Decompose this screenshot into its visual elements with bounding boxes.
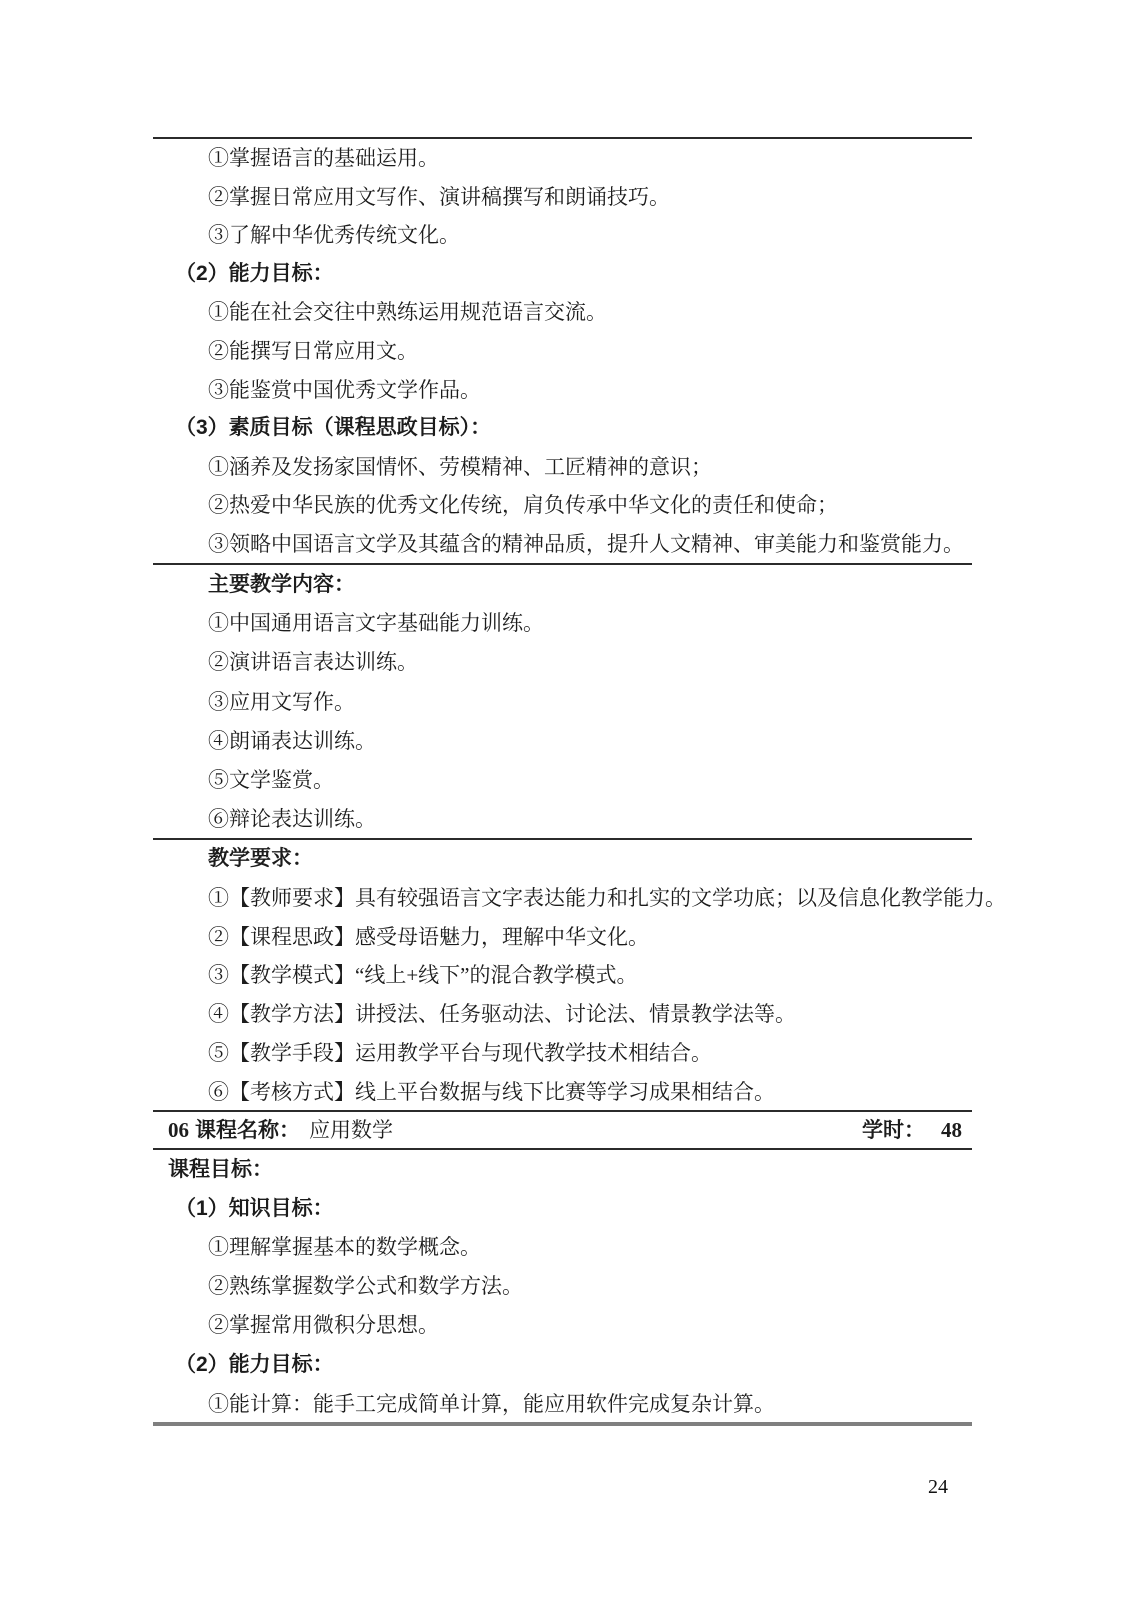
objective-item: ①涵养及发扬家国情怀、劳模精神、工匠精神的意识； [153, 448, 972, 487]
objective-item: ①理解掌握基本的数学概念。 [153, 1228, 972, 1267]
content-item: ②演讲语言表达训练。 [153, 643, 972, 682]
course-hours: 学时： 48 [862, 1112, 972, 1149]
hours-label: 学时： [862, 1113, 925, 1149]
requirement-item: ⑥【考核方式】线上平台数据与线下比赛等学习成果相结合。 [153, 1073, 972, 1112]
course06-header-row: 06 课程名称： 应用数学 学时： 48 [153, 1110, 972, 1148]
content-item: ⑤文学鉴赏。 [153, 761, 972, 800]
requirement-item: ②【课程思政】感受母语魅力，理解中华文化。 [153, 918, 972, 957]
course05-teaching-requirements-cell: 教学要求： ①【教师要求】具有较强语言文字表达能力和扎实的文学功底；以及信息化教… [153, 838, 972, 1110]
section-heading: 课程目标： [153, 1150, 972, 1189]
course06-objectives-cell: 课程目标： （1）知识目标： ①理解掌握基本的数学概念。 ②熟练掌握数学公式和数… [153, 1148, 972, 1422]
objective-item: ②掌握常用微积分思想。 [153, 1306, 972, 1345]
objective-heading: （2）能力目标： [153, 1345, 972, 1384]
page-number: 24 [928, 1476, 948, 1499]
content-item: ⑥辩论表达训练。 [153, 800, 972, 839]
table-bottom-border [153, 1422, 972, 1426]
requirement-item: ④【教学方法】讲授法、任务驱动法、讨论法、情景教学法等。 [153, 995, 972, 1034]
course-name-label: 课程名称： [195, 1113, 300, 1149]
requirement-item: ③【教学模式】“线上+线下”的混合教学模式。 [153, 956, 972, 995]
objective-heading: （3）素质目标（课程思政目标）： [153, 409, 972, 448]
objective-item: ②能撰写日常应用文。 [153, 332, 972, 371]
objective-item: ②掌握日常应用文写作、演讲稿撰写和朗诵技巧。 [153, 178, 972, 217]
section-heading: 主要教学内容： [153, 565, 972, 604]
content-item: ①中国通用语言文字基础能力训练。 [153, 604, 972, 643]
objective-item: ①掌握语言的基础运用。 [153, 139, 972, 178]
document-page: ①掌握语言的基础运用。 ②掌握日常应用文写作、演讲稿撰写和朗诵技巧。 ③了解中华… [0, 0, 1131, 1600]
requirement-item: ①【教师要求】具有较强语言文字表达能力和扎实的文学功底；以及信息化教学能力。 [153, 879, 972, 918]
course05-objectives-continued-cell: ①掌握语言的基础运用。 ②掌握日常应用文写作、演讲稿撰写和朗诵技巧。 ③了解中华… [153, 137, 972, 563]
objective-item: ①能在社会交往中熟练运用规范语言交流。 [153, 293, 972, 332]
objective-heading: （2）能力目标： [153, 255, 972, 294]
hours-value: 48 [941, 1112, 962, 1148]
section-heading: 教学要求： [153, 840, 972, 879]
course-number: 06 [168, 1112, 189, 1148]
requirement-item: ⑤【教学手段】运用教学平台与现代教学技术相结合。 [153, 1034, 972, 1073]
objective-item: ③了解中华优秀传统文化。 [153, 216, 972, 255]
course05-teaching-content-cell: 主要教学内容： ①中国通用语言文字基础能力训练。 ②演讲语言表达训练。 ③应用文… [153, 563, 972, 838]
objective-item: ③领略中国语言文学及其蕴含的精神品质，提升人文精神、审美能力和鉴赏能力。 [153, 525, 972, 564]
objective-item: ①能计算：能手工完成简单计算，能应用软件完成复杂计算。 [153, 1385, 972, 1424]
objective-item: ②热爱中华民族的优秀文化传统，肩负传承中华文化的责任和使命； [153, 486, 972, 525]
content-item: ④朗诵表达训练。 [153, 722, 972, 761]
objective-heading: （1）知识目标： [153, 1189, 972, 1228]
objective-item: ③能鉴赏中国优秀文学作品。 [153, 371, 972, 410]
content-item: ③应用文写作。 [153, 683, 972, 722]
course-name: 应用数学 [309, 1112, 393, 1148]
course-title: 06 课程名称： 应用数学 [153, 1112, 393, 1149]
objective-item: ②熟练掌握数学公式和数学方法。 [153, 1267, 972, 1306]
